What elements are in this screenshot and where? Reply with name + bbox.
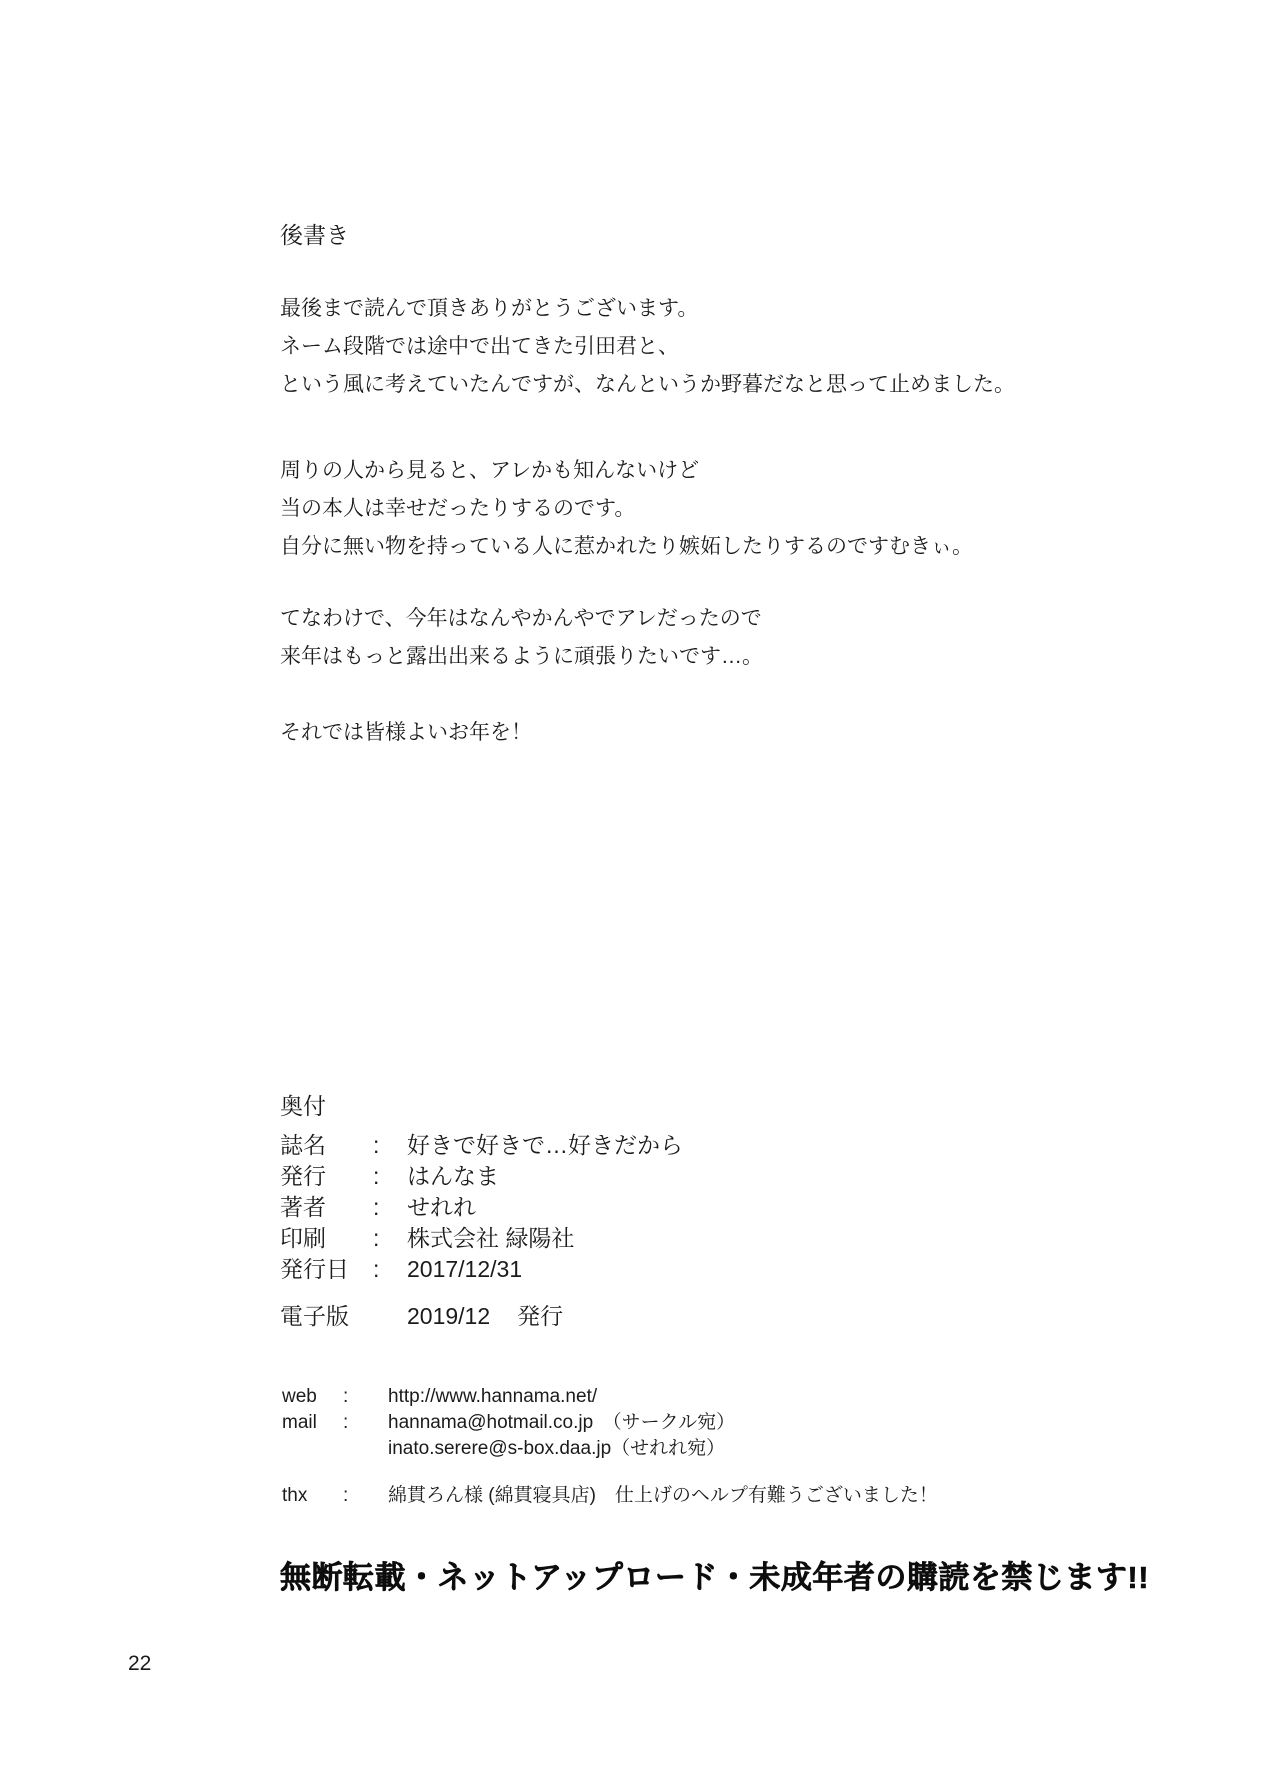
digital-edition-date: 2019/12 <box>407 1301 490 1332</box>
afterword-paragraph-2: 周りの人から見ると、アレかも知んないけど 当の本人は幸せだったりするのです。 自… <box>280 452 973 566</box>
contact-label: thx <box>282 1483 343 1509</box>
afterword-line: 周りの人から見ると、アレかも知んないけど <box>280 452 973 490</box>
colophon-row-issue-date: 発行日 : 2017/12/31 <box>280 1254 683 1285</box>
colophon-title: 奥付 <box>280 1091 326 1122</box>
contact-label <box>282 1436 343 1462</box>
contact-label: web <box>282 1384 343 1410</box>
colophon-colon: : <box>373 1223 407 1254</box>
document-page: 後書き 最後まで読んで頂きありがとうございます。 ネーム段階では途中で出てきた引… <box>0 0 1280 1790</box>
contact-row-web: web : http://www.hannama.net/ <box>282 1384 938 1410</box>
colophon-table: 誌名 : 好きで好きで…好きだから 発行 : はんなま 著者 : せれれ 印刷 … <box>280 1130 683 1285</box>
colophon-value: 好きで好きで…好きだから <box>407 1130 683 1161</box>
afterword-paragraph-4: それでは皆様よいお年を！ <box>280 714 532 752</box>
contact-colon: : <box>343 1384 388 1410</box>
colophon-row-printer: 印刷 : 株式会社 緑陽社 <box>280 1223 683 1254</box>
afterword-line: ネーム段階では途中で出てきた引田君と、 <box>280 328 1015 366</box>
afterword-line: てなわけで、今年はなんやかんやでアレだったので <box>280 600 763 638</box>
colophon-value: 株式会社 緑陽社 <box>407 1223 574 1254</box>
thanks-text: 綿貫ろん様 (綿貫寝具店) 仕上げのヘルプ有難うございました！ <box>388 1483 938 1509</box>
colophon-colon: : <box>373 1192 407 1223</box>
colophon-row-publisher: 発行 : はんなま <box>280 1161 683 1192</box>
colophon-label: 著者 <box>280 1192 373 1223</box>
colophon-colon: : <box>373 1254 407 1285</box>
digital-edition-suffix: 発行 <box>517 1301 563 1332</box>
colophon-label: 印刷 <box>280 1223 373 1254</box>
page-number: 22 <box>128 1650 151 1678</box>
colophon-colon: : <box>373 1161 407 1192</box>
contact-row-mail-2: inato.serere@s-box.daa.jp（せれれ宛） <box>282 1436 938 1462</box>
colophon-row-digital-edition: 電子版 2019/12 発行 <box>280 1301 563 1332</box>
contact-row-mail: mail : hannama@hotmail.co.jp （サークル宛） <box>282 1410 938 1436</box>
contact-colon <box>343 1436 388 1462</box>
colophon-row-title: 誌名 : 好きで好きで…好きだから <box>280 1130 683 1161</box>
colophon-label: 発行 <box>280 1161 373 1192</box>
colophon-colon: : <box>373 1130 407 1161</box>
colophon-value: せれれ <box>407 1192 476 1223</box>
afterword-line: 来年はもっと露出出来るように頑張りたいです…。 <box>280 638 763 676</box>
afterword-line: という風に考えていたんですが、なんというか野暮だなと思って止めました。 <box>280 366 1015 404</box>
contact-block: web : http://www.hannama.net/ mail : han… <box>282 1384 938 1509</box>
circle-email: hannama@hotmail.co.jp （サークル宛） <box>388 1410 735 1436</box>
website-url: http://www.hannama.net/ <box>388 1384 597 1410</box>
colophon-label: 誌名 <box>280 1130 373 1161</box>
colophon-label: 発行日 <box>280 1254 373 1285</box>
afterword-line: それでは皆様よいお年を！ <box>280 714 532 752</box>
afterword-paragraph-3: てなわけで、今年はなんやかんやでアレだったので 来年はもっと露出出来るように頑張… <box>280 600 763 676</box>
colophon-row-author: 著者 : せれれ <box>280 1192 683 1223</box>
afterword-line: 自分に無い物を持っている人に惹かれたり嫉妬したりするのですむきぃ。 <box>280 528 973 566</box>
author-email: inato.serere@s-box.daa.jp（せれれ宛） <box>388 1436 725 1462</box>
afterword-paragraph-1: 最後まで読んで頂きありがとうございます。 ネーム段階では途中で出てきた引田君と、… <box>280 290 1015 404</box>
reproduction-warning: 無断転載・ネットアップロード・未成年者の購読を禁じます!! <box>280 1558 1149 1598</box>
afterword-title: 後書き <box>280 216 349 254</box>
colophon-value: 2017/12/31 <box>407 1254 522 1285</box>
afterword-line: 当の本人は幸せだったりするのです。 <box>280 490 973 528</box>
colophon-value: はんなま <box>407 1161 499 1192</box>
contact-colon: : <box>343 1483 388 1509</box>
contact-label: mail <box>282 1410 343 1436</box>
digital-edition-label: 電子版 <box>280 1301 407 1332</box>
contact-colon: : <box>343 1410 388 1436</box>
afterword-line: 最後まで読んで頂きありがとうございます。 <box>280 290 1015 328</box>
contact-row-thanks: thx : 綿貫ろん様 (綿貫寝具店) 仕上げのヘルプ有難うございました！ <box>282 1483 938 1509</box>
